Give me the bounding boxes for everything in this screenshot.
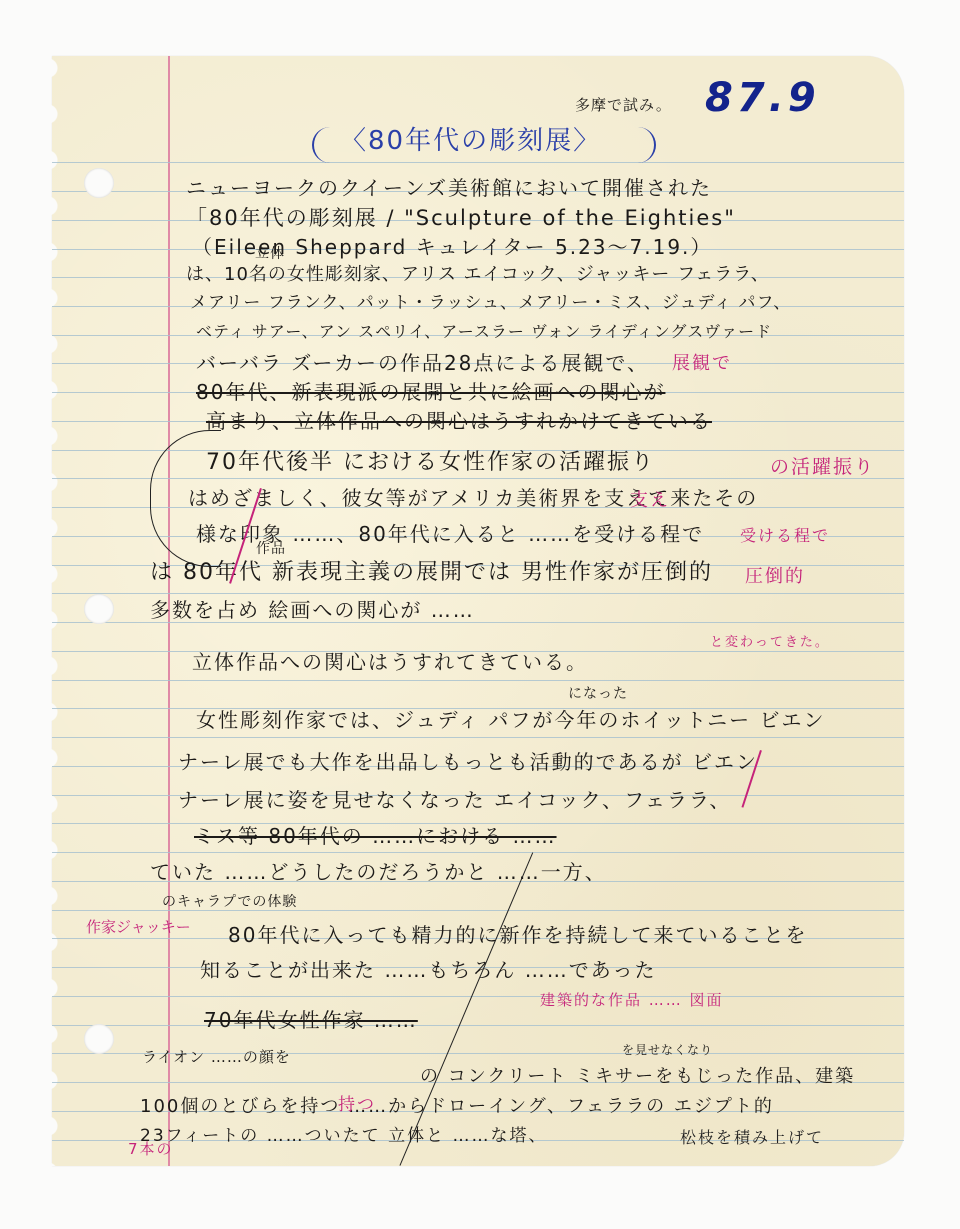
manuscript-line: ナーレ展でも大作を出品しもっとも活動的であるが ビエン	[178, 752, 758, 772]
manuscript-line: 23フィートの ……ついたて 立体と ……な塔、	[140, 1128, 547, 1145]
struck-manuscript-line: 80年代、新表現派の展開と共に絵画への関心が	[196, 382, 665, 402]
magenta-annotation: 圧倒的	[745, 568, 805, 586]
inserted-note: 作品	[256, 542, 286, 556]
ruled-line	[52, 996, 904, 997]
document-title: 〈80年代の彫刻展〉	[340, 128, 601, 154]
magenta-annotation: 作家ジャッキー	[86, 920, 191, 935]
inserted-note: ライオン ……の顔を	[142, 1050, 291, 1065]
manuscript-line: 「80年代の彫刻展 / "Sculpture of the Eighties"	[186, 208, 736, 229]
manuscript-line: 女性彫刻作家では、ジュディ パフが今年のホイットニー ビエン	[196, 710, 826, 730]
ruled-line	[52, 910, 904, 911]
ruled-line	[52, 593, 904, 594]
magenta-annotation: と変わってきた。	[710, 636, 830, 649]
binder-hole	[84, 594, 114, 624]
magenta-annotation: 受ける程で	[740, 528, 830, 544]
header-note: 多摩で試み。	[575, 98, 672, 113]
struck-manuscript-line: ミス等 80年代の ……における ……	[194, 826, 557, 846]
manuscript-line: 知ることが出来た ……もちろん ……であった	[200, 960, 657, 980]
magenta-annotation: 建築的な作品 …… 図面	[540, 993, 724, 1008]
manuscript-line: はめざましく、彼女等がアメリカ美術界を支えて来たその	[188, 488, 758, 508]
manuscript-line: 100個のとびらを持つ ……からドローイング、フェララの エジプト的	[140, 1098, 774, 1116]
binder-hole	[84, 168, 114, 198]
struck-manuscript-line: 70年代女性作家 ……	[204, 1010, 418, 1030]
manuscript-line: メアリー フランク、パット・ラッシュ、メアリー・ミス、ジュディ パフ、	[190, 295, 791, 312]
manuscript-line: ベティ サアー、アン スペリイ、アースラー ヴォン ライディングスヴァード	[196, 324, 772, 340]
struck-manuscript-line: 高まり、立体作品への関心はうすれかけてきている	[206, 411, 712, 431]
binder-hole	[84, 1024, 114, 1054]
inserted-note: のキャラプでの体験	[162, 895, 297, 909]
manuscript-line: 立体作品への関心はうすれてきている。	[192, 652, 588, 672]
magenta-annotation: の活躍振り	[770, 458, 875, 477]
torn-spiral-edge	[48, 56, 74, 1166]
manuscript-line: 70年代後半 における女性作家の活躍振り	[206, 452, 655, 474]
magenta-annotation: 支え	[630, 492, 670, 510]
manuscript-line: バーバラ ズーカーの作品28点による展観で、	[196, 353, 649, 373]
ruled-line	[52, 680, 904, 681]
manuscript-line: 多数を占め 絵画への関心が ……	[150, 600, 475, 620]
manuscript-line: ニューヨークのクイーンズ美術館において開催された	[186, 178, 712, 198]
magenta-annotation: 展観で	[672, 355, 732, 373]
manuscript-line: 80年代に入っても精力的に新作を持続して来ていることを	[228, 925, 807, 945]
manuscript-line: ていた ……どうしたのだろうかと ……一方、	[150, 862, 607, 882]
manuscript-line: は、10名の女性彫刻家、アリス エイコック、ジャッキー フェララ、	[186, 266, 770, 284]
ruled-line	[52, 852, 904, 853]
inserted-note: になった	[568, 687, 628, 701]
inserted-note: 立体	[255, 247, 285, 261]
magenta-annotation: 持つ	[338, 1097, 376, 1114]
ruled-line	[52, 737, 904, 738]
magenta-annotation: 7本の	[128, 1142, 174, 1157]
manuscript-line: ナーレ展に姿を見せなくなった エイコック、フェララ、	[178, 790, 731, 810]
ruled-line	[52, 1025, 904, 1026]
ruled-line	[52, 622, 904, 623]
magenta-annotation: 松枝を積み上げて	[680, 1130, 824, 1146]
inserted-note: を見せなくなり	[622, 1044, 713, 1056]
date-stamp: 87.9	[705, 78, 820, 118]
manuscript-line: の コンクリート ミキサーをもじった作品、建築	[420, 1068, 855, 1086]
